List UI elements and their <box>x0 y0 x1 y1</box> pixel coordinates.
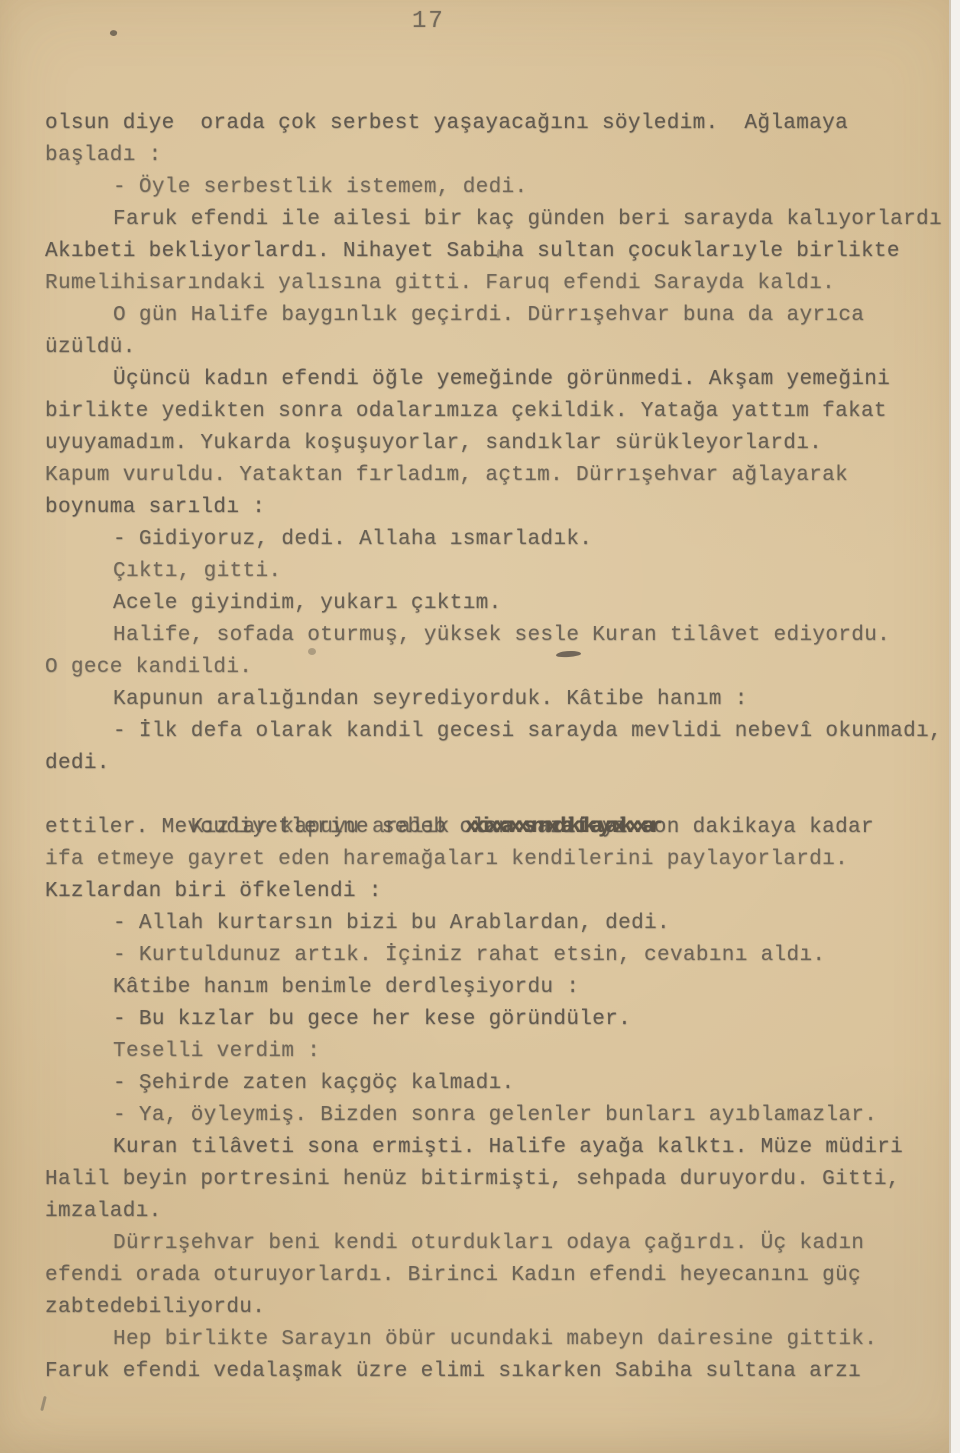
text-line: - Ya, öyleymiş. Bizden sonra gelenler bu… <box>45 1100 957 1132</box>
text-line: efendi orada oturuyorlardı. Birinci Kadı… <box>45 1260 957 1292</box>
text-line: Acele giyindim, yukarı çıktım. <box>45 588 957 620</box>
typewritten-text: olsun diye orada çok serbest yaşayacağın… <box>45 108 957 1388</box>
text-line: Kızlar kapuyu aralık xxixxaxxsnnxdakikay… <box>45 780 957 812</box>
text-line: Kapum vuruldu. Yataktan fırladım, açtım.… <box>45 460 957 492</box>
text-line: birlikte yedikten sonra odalarımıza çeki… <box>45 396 957 428</box>
text-line: Faruk efendi vedalaşmak üzre elimi sıkar… <box>45 1356 957 1388</box>
text-line: Rumelihisarındaki yalısına gitti. Faruq … <box>45 268 957 300</box>
page-number: 17 <box>412 8 445 35</box>
text-line: Kuran tilâveti sona ermişti. Halife ayağ… <box>45 1132 957 1164</box>
text-line: uyuyamadım. Yukarda koşuşuyorlar, sandık… <box>45 428 957 460</box>
text-line: üzüldü. <box>45 332 957 364</box>
text-line: Kâtibe hanım benimle derdleşiyordu : <box>45 972 957 1004</box>
text-line: O gece kandildi. <box>45 652 957 684</box>
text-line: Faruk efendi ile ailesi bir kaç günden b… <box>45 204 957 236</box>
text-line: olsun diye orada çok serbest yaşayacağın… <box>45 108 957 140</box>
text-line: imzaladı. <box>45 1196 957 1228</box>
text-line: dedi. <box>45 748 957 780</box>
text-line: Dürrışehvar beni kendi oturdukları odaya… <box>45 1228 957 1260</box>
text-line: Çıktı, gitti. <box>45 556 957 588</box>
text-line: Teselli verdim : <box>45 1036 957 1068</box>
text-line: boynuma sarıldı : <box>45 492 957 524</box>
ink-speck <box>40 1396 47 1411</box>
text-line: Halil beyin portresini henüz bitirmişti,… <box>45 1164 957 1196</box>
text-line: zabtedebiliyordu. <box>45 1292 957 1324</box>
text-line: Üçüncü kadın efendi öğle yemeğinde görün… <box>45 364 957 396</box>
text-line: O gün Halife baygınlık geçirdi. Dürrışeh… <box>45 300 957 332</box>
document-page: 17 olsun diye orada çok serbest yaşayaca… <box>0 0 960 1453</box>
scan-edge <box>949 0 960 1453</box>
text-line: - Gidiyoruz, dedi. Allaha ısmarladık. <box>45 524 957 556</box>
text-line: - Öyle serbestlik istemem, dedi. <box>45 172 957 204</box>
text-line: başladı : <box>45 140 957 172</box>
text-line: Akıbeti bekliyorlardı. Nihayet Sabiha su… <box>45 236 957 268</box>
text-line: Hep birlikte Sarayın öbür ucundaki mabey… <box>45 1324 957 1356</box>
text-line: - Allah kurtarsın bizi bu Arablardan, de… <box>45 908 957 940</box>
ink-speck <box>109 29 118 37</box>
text-line: - Bu kızlar bu gece her kese göründüler. <box>45 1004 957 1036</box>
text-line: ifa etmeye gayret eden haremağaları kend… <box>45 844 957 876</box>
text-line: Halife, sofada oturmuş, yüksek sesle Kur… <box>45 620 957 652</box>
text-line: - Şehirde zaten kaçgöç kalmadı. <box>45 1068 957 1100</box>
text-line: Kızlardan biri öfkelendi : <box>45 876 957 908</box>
text-line: Kapunun aralığından seyrediyorduk. Kâtib… <box>45 684 957 716</box>
text-line: ettiler. Mevcudiyetlerine sebeb olan vaz… <box>45 812 957 844</box>
text-line: - İlk defa olarak kandil gecesi sarayda … <box>45 716 957 748</box>
text-line: - Kurtuldunuz artık. İçiniz rahat etsin,… <box>45 940 957 972</box>
